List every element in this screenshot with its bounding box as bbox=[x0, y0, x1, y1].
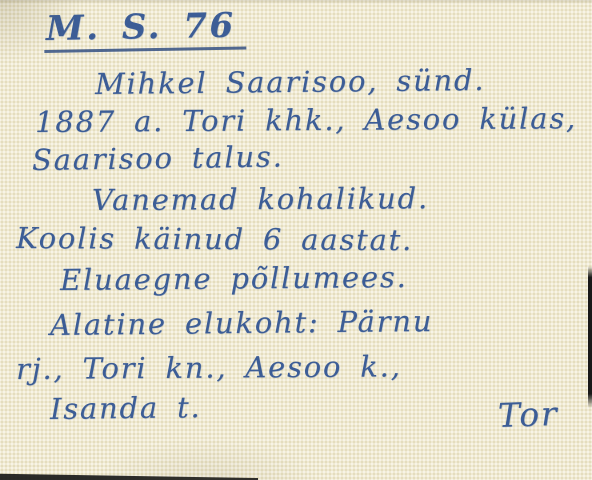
scan-edge-right bbox=[588, 266, 592, 408]
line-residence-1: Alatine elukoht: Pärnu bbox=[50, 304, 434, 342]
line-birth-year-place: 1887 a. Tori khk., Aesoo külas, bbox=[35, 101, 577, 139]
line-parents: Vanemad kohalikud. bbox=[92, 181, 429, 217]
index-card: M. S. 76 Mihkel Saarisoo, sünd. 1887 a. … bbox=[0, 0, 592, 480]
signature: Tor bbox=[497, 394, 559, 435]
line-residence-3: Isanda t. bbox=[50, 390, 202, 426]
line-farm: Saarisoo talus. bbox=[32, 139, 284, 177]
line-schooling: Koolis käinud 6 aastat. bbox=[16, 221, 413, 257]
scan-edge-bottom bbox=[0, 473, 258, 480]
line-residence-2: rj., Tori kn., Aesoo k., bbox=[16, 349, 402, 386]
line-occupation: Eluaegne põllumees. bbox=[60, 260, 408, 297]
line-name-birth: Mihkel Saarisoo, sünd. bbox=[95, 63, 486, 101]
archive-code: M. S. 76 bbox=[44, 5, 246, 53]
